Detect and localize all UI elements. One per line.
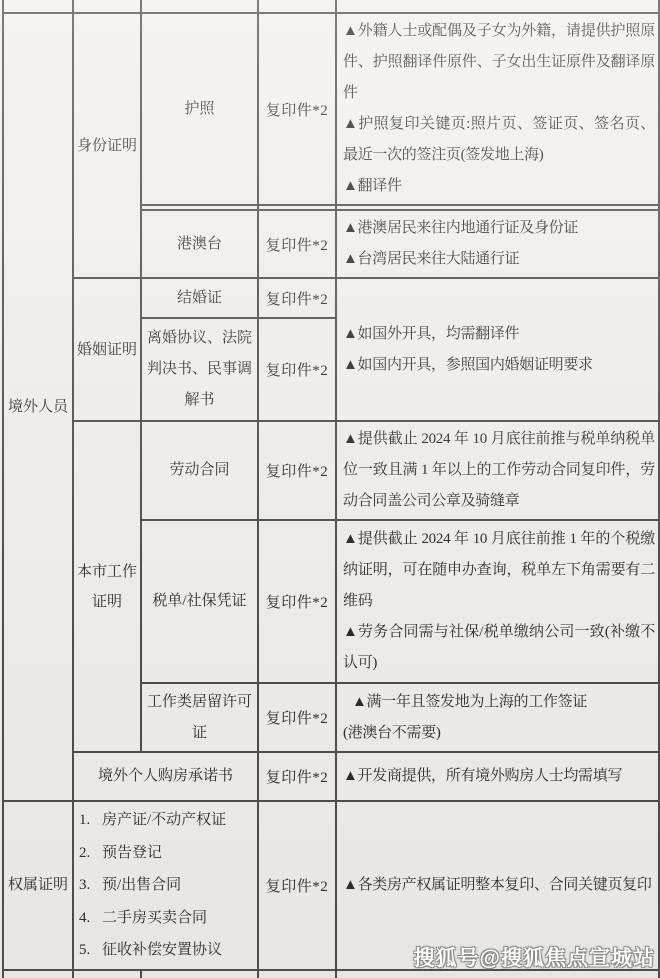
bottom-sliver-cell [258,970,336,978]
group-work: 本市工作证明 [73,421,141,752]
cell-marriage-notes: ▲如国外开具，均需翻译件 ▲如国内开具，参照国内婚姻证明要求 [336,278,659,421]
note-item: ▲满一年且签发地为上海的工作签证 [343,687,655,718]
list-item: 3.预/出售合同 [79,869,255,902]
cell-tax-doc: 税单/社保凭证 [141,520,258,683]
top-sliver-cell [336,0,659,13]
top-sliver-cell [141,0,258,13]
group-marriage-label: 婚姻证明 [77,342,137,358]
note-item: ▲护照复印关键页:照片页、签证页、签名页、最近一次的签注页(签发地上海) [343,109,655,171]
note-item: ▲提供截止 2024 年 10 月底往前推 1 年的个税缴纳证明，可在随申办查询… [343,524,655,617]
bottom-sliver-cell [141,970,258,978]
cell-divorce-doc: 离婚协议、法院判决书、民事调解书 [141,318,258,421]
note-item: ▲如国内开具，参照国内婚姻证明要求 [343,350,655,381]
cell-passport-copies: 复印件*2 [258,13,336,205]
cell-pledge-copies: 复印件*2 [258,752,336,801]
list-item: 4.二手房买卖合同 [79,902,255,935]
group-work-label: 本市工作证明 [77,564,137,610]
cell-labor-doc: 劳动合同 [141,421,258,520]
note-item: ▲翻译件 [343,171,655,202]
list-item-number: 3. [79,869,102,902]
cell-ownership-list: 1.房产证/不动产权证 2.预告登记 3.预/出售合同 4.二手房买卖合同 5.… [73,801,258,970]
cell-permit-doc: 工作类居留许可证 [141,683,258,752]
group-identity: 身份证明 [73,13,141,278]
list-item-text: 征收补偿安置协议 [102,942,222,958]
cell-labor-copies: 复印件*2 [258,421,336,520]
list-item-number: 5. [79,934,102,967]
table-row: 境外人员 身份证明 护照 复印件*2 ▲外籍人士或配偶及子女为外籍，请提供护照原… [3,13,659,205]
document-requirements-table: 境外人员 身份证明 护照 复印件*2 ▲外籍人士或配偶及子女为外籍，请提供护照原… [2,0,660,978]
cell-divorce-copies: 复印件*2 [258,318,336,421]
note-item: (港澳台不需要) [343,718,655,749]
list-item-text: 房产证/不动产权证 [102,812,226,828]
note-item: ▲台湾居民来往大陆通行证 [343,244,655,275]
cell-hmt-copies: 复印件*2 [258,210,336,278]
bottom-sliver-cell [3,970,73,978]
top-sliver-cell [258,0,336,13]
cell-marriage-cert-copies: 复印件*2 [258,278,336,318]
cell-passport-doc: 护照 [141,13,258,205]
cell-marriage-cert-doc: 结婚证 [141,278,258,318]
list-item-text: 预/出售合同 [102,877,181,893]
sohu-watermark: 搜狐号@搜狐焦点宣城站 [414,942,655,972]
cell-permit-copies: 复印件*2 [258,683,336,752]
list-item: 5.征收补偿安置协议 [79,934,255,967]
category-overseas-label: 境外人员 [8,399,68,415]
list-item: 2.预告登记 [79,837,255,870]
cell-tax-copies: 复印件*2 [258,520,336,683]
list-item-number: 1. [79,804,102,837]
note-item: ▲港澳居民来往内地通行证及身份证 [343,213,655,244]
note-item: ▲各类房产权属证明整本复印、合同关键页复印 [343,870,655,901]
table-row: 境外个人购房承诺书 复印件*2 ▲开发商提供，所有境外购房人士均需填写 [3,752,659,801]
cell-permit-notes: ▲满一年且签发地为上海的工作签证 (港澳台不需要) [336,683,659,752]
cell-passport-notes: ▲外籍人士或配偶及子女为外籍，请提供护照原件、护照翻译件原件、子女出生证原件及翻… [336,13,659,205]
list-item-number: 4. [79,902,102,935]
list-item-number: 2. [79,837,102,870]
table-row [3,0,659,13]
cell-ownership-copies: 复印件*2 [258,801,336,970]
category-ownership: 权属证明 [3,801,73,970]
cell-hmt-notes: ▲港澳居民来往内地通行证及身份证 ▲台湾居民来往大陆通行证 [336,210,659,278]
note-item: ▲如国外开具，均需翻译件 [343,319,655,350]
top-sliver-cell [3,0,73,13]
note-item: ▲提供截止 2024 年 10 月底往前推与税单纳税单位一致且满 1 年以上的工… [343,424,655,517]
group-marriage: 婚姻证明 [73,278,141,421]
note-item: ▲劳务合同需与社保/税单缴纳公司一致(补缴不认可) [343,617,655,679]
category-ownership-label: 权属证明 [8,877,68,893]
top-sliver-cell [73,0,141,13]
note-item: ▲外籍人士或配偶及子女为外籍，请提供护照原件、护照翻译件原件、子女出生证原件及翻… [343,16,655,109]
cell-labor-notes: ▲提供截止 2024 年 10 月底往前推与税单纳税单位一致且满 1 年以上的工… [336,421,659,520]
cell-pledge-doc: 境外个人购房承诺书 [73,752,258,801]
cell-tax-notes: ▲提供截止 2024 年 10 月底往前推 1 年的个税缴纳证明，可在随申办查询… [336,520,659,683]
note-item: ▲开发商提供，所有境外购房人士均需填写 [343,761,655,792]
cell-pledge-notes: ▲开发商提供，所有境外购房人士均需填写 [336,752,659,801]
bottom-sliver-cell [73,970,141,978]
table-row: 本市工作证明 劳动合同 复印件*2 ▲提供截止 2024 年 10 月底往前推与… [3,421,659,520]
list-item-text: 预告登记 [102,845,162,861]
table-row: 婚姻证明 结婚证 复印件*2 ▲如国外开具，均需翻译件 ▲如国内开具，参照国内婚… [3,278,659,318]
category-overseas: 境外人员 [3,13,73,801]
group-identity-label: 身份证明 [77,138,137,154]
cell-hmt-doc: 港澳台 [141,210,258,278]
list-item: 1.房产证/不动产权证 [79,804,255,837]
list-item-text: 二手房买卖合同 [102,910,207,926]
